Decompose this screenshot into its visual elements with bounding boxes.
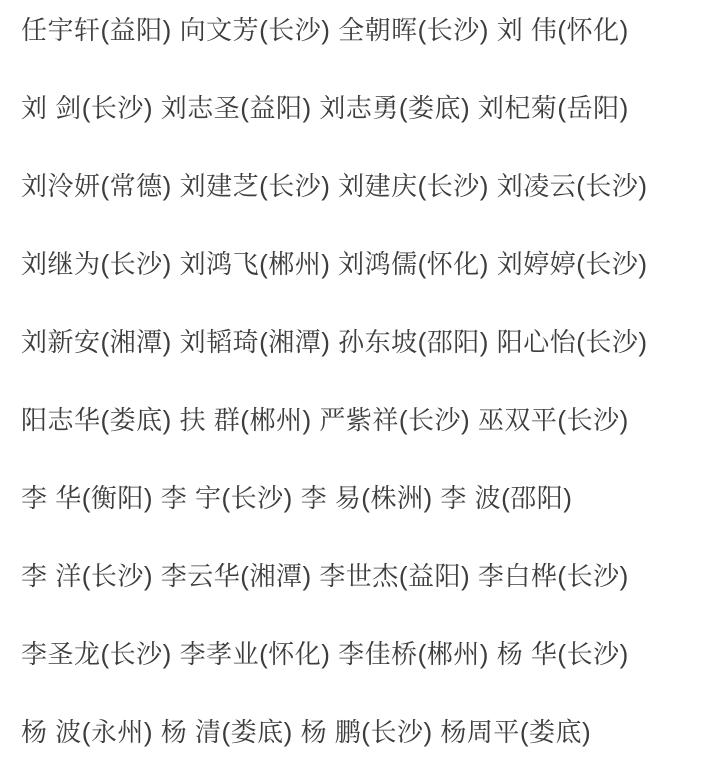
person-entry: 刘凌云(长沙) xyxy=(497,171,648,201)
person-entry: 杨周平(娄底) xyxy=(440,717,591,747)
person-entry: 李云华(湘潭) xyxy=(161,561,312,591)
person-entry: 阳心怡(长沙) xyxy=(497,327,648,357)
person-entry: 杨 鹏(长沙) xyxy=(301,717,433,747)
person-entry: 巫双平(长沙) xyxy=(478,405,629,435)
person-entry: 刘韬琦(湘潭) xyxy=(180,327,331,357)
person-entry: 李孝业(怀化) xyxy=(180,639,331,669)
person-entry: 刘 剑(长沙) xyxy=(21,93,153,123)
name-row: 阳志华(娄底) 扶 群(郴州) 严紫祥(长沙) 巫双平(长沙) xyxy=(21,402,710,438)
person-entry: 刘志圣(益阳) xyxy=(161,93,312,123)
person-entry: 刘鸿飞(郴州) xyxy=(180,249,331,279)
person-entry: 刘泠妍(常德) xyxy=(21,171,172,201)
person-entry: 刘婷婷(长沙) xyxy=(497,249,648,279)
person-entry: 李佳桥(郴州) xyxy=(338,639,489,669)
person-entry: 李 波(邵阳) xyxy=(440,483,572,513)
person-entry: 刘建芝(长沙) xyxy=(180,171,331,201)
person-entry: 扶 群(郴州) xyxy=(180,405,312,435)
name-row: 李圣龙(长沙) 李孝业(怀化) 李佳桥(郴州) 杨 华(长沙) xyxy=(21,636,710,672)
person-entry: 刘新安(湘潭) xyxy=(21,327,172,357)
name-row: 李 洋(长沙) 李云华(湘潭) 李世杰(益阳) 李白桦(长沙) xyxy=(21,558,710,594)
person-entry: 全朝晖(长沙) xyxy=(338,15,489,45)
name-list: 任宇轩(益阳) 向文芳(长沙) 全朝晖(长沙) 刘 伟(怀化)刘 剑(长沙) 刘… xyxy=(0,0,728,750)
name-row: 任宇轩(益阳) 向文芳(长沙) 全朝晖(长沙) 刘 伟(怀化) xyxy=(21,12,710,48)
name-row: 刘继为(长沙) 刘鸿飞(郴州) 刘鸿儒(怀化) 刘婷婷(长沙) xyxy=(21,246,710,282)
person-entry: 阳志华(娄底) xyxy=(21,405,172,435)
name-row: 刘 剑(长沙) 刘志圣(益阳) 刘志勇(娄底) 刘杞菊(岳阳) xyxy=(21,90,710,126)
person-entry: 杨 清(娄底) xyxy=(161,717,293,747)
person-entry: 李圣龙(长沙) xyxy=(21,639,172,669)
person-entry: 严紫祥(长沙) xyxy=(319,405,470,435)
person-entry: 李 华(衡阳) xyxy=(21,483,153,513)
person-entry: 刘志勇(娄底) xyxy=(319,93,470,123)
person-entry: 刘杞菊(岳阳) xyxy=(478,93,629,123)
person-entry: 李白桦(长沙) xyxy=(478,561,629,591)
person-entry: 孙东坡(邵阳) xyxy=(338,327,489,357)
name-row: 李 华(衡阳) 李 宇(长沙) 李 易(株洲) 李 波(邵阳) xyxy=(21,480,710,516)
name-row: 刘新安(湘潭) 刘韬琦(湘潭) 孙东坡(邵阳) 阳心怡(长沙) xyxy=(21,324,710,360)
person-entry: 杨 波(永州) xyxy=(21,717,153,747)
person-entry: 刘 伟(怀化) xyxy=(497,15,629,45)
person-entry: 刘建庆(长沙) xyxy=(338,171,489,201)
person-entry: 李世杰(益阳) xyxy=(319,561,470,591)
name-row: 杨 波(永州) 杨 清(娄底) 杨 鹏(长沙) 杨周平(娄底) xyxy=(21,714,710,750)
person-entry: 李 宇(长沙) xyxy=(161,483,293,513)
person-entry: 杨 华(长沙) xyxy=(497,639,629,669)
person-entry: 李 洋(长沙) xyxy=(21,561,153,591)
person-entry: 任宇轩(益阳) xyxy=(21,15,172,45)
person-entry: 向文芳(长沙) xyxy=(180,15,331,45)
name-row: 刘泠妍(常德) 刘建芝(长沙) 刘建庆(长沙) 刘凌云(长沙) xyxy=(21,168,710,204)
person-entry: 刘继为(长沙) xyxy=(21,249,172,279)
person-entry: 李 易(株洲) xyxy=(301,483,433,513)
person-entry: 刘鸿儒(怀化) xyxy=(338,249,489,279)
